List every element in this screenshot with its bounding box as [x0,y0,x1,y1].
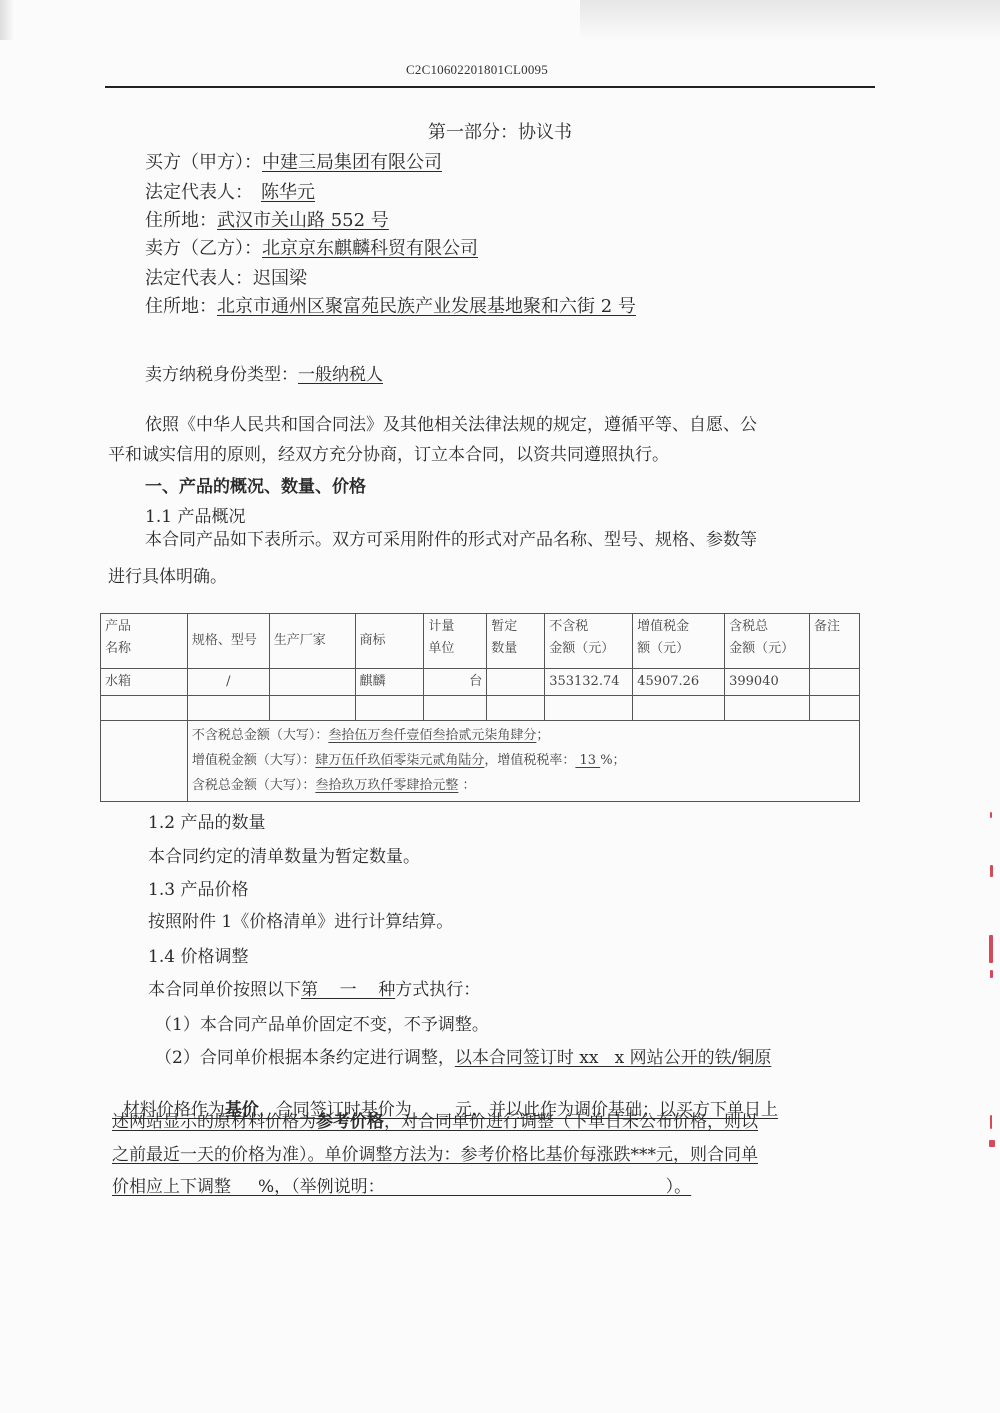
table-row: 水箱 / 麒麟 台 353132.74 45907.26 399040 [101,669,860,696]
option-2-line-1: （2）合同单价根据本条约定进行调整，以本合同签订时 xx x 网站公开的铁/铜原 [155,1043,771,1068]
buyer-label: 买方（甲方）： [145,152,262,173]
cell-empty [424,696,487,721]
stamp-edge-mark [990,812,992,818]
table-header-row: 产品名称 规格、型号 生产厂家 商标 计量单位 暂定数量 不含税金额（元） 增值… [101,614,860,669]
scan-shadow-left [0,0,14,40]
option-2-line-5: 价相应上下调整 %，（举例说明： ）。 [112,1172,691,1197]
header-manufacturer: 生产厂家 [269,614,355,669]
buyer-address: 武汉市关山路 552 号 [217,210,389,231]
header-unit: 计量单位 [424,614,487,669]
cell-manufacturer [269,669,355,696]
seller-rep: 迟国梁 [253,268,307,289]
cell-pretax-amount: 353132.74 [545,669,633,696]
section-1-1-heading: 1.1 产品概况 [145,502,245,527]
cell-spec-model: / [187,669,269,696]
summary-cell: 不含税总金额（大写）：叁拾伍万叁仟壹佰叁拾贰元柒角肆分； 增值税金额（大写）：肆… [187,721,859,802]
buyer-rep: 陈华元 [253,182,315,203]
cell-empty [269,696,355,721]
cell-empty [810,696,860,721]
document-code: C2C10602201801CL0095 [406,62,548,78]
part-title: 第一部分：协议书 [428,118,572,144]
header-tentative-qty: 暂定数量 [487,614,545,669]
cell-vat-amount: 45907.26 [633,669,725,696]
stamp-edge-mark [990,970,993,978]
header-spec-model: 规格、型号 [187,614,269,669]
vat-total-words: 增值税金额（大写）：肆万伍仟玖佰零柒元贰角陆分，增值税税率： 13 %； [192,748,855,773]
section-1-3-heading: 1.3 产品价格 [148,875,248,900]
cell-empty [187,696,269,721]
header-trademark: 商标 [355,614,424,669]
seller-rep-line: 法定代表人：迟国梁 [145,264,307,290]
cell-tentative-qty [487,669,545,696]
table-summary-row: 不含税总金额（大写）：叁拾伍万叁仟壹佰叁拾贰元柒角肆分； 增值税金额（大写）：肆… [101,721,860,802]
header-pretax-amount: 不含税金额（元） [545,614,633,669]
vat-rate: 13 [575,753,600,768]
buyer-address-label: 住所地： [145,210,217,231]
preamble-line-1: 依照《中华人民共和国合同法》及其他相关法律法规的规定，遵循平等、自愿、公 [145,410,757,435]
section-1-4-intro: 本合同单价按照以下第 一 种方式执行： [148,975,480,1000]
cell-empty [725,696,810,721]
seller-address: 北京市通州区聚富苑民族产业发展基地聚和六街 2 号 [217,296,636,317]
header-divider [105,86,875,88]
option-1: （1）本合同产品单价固定不变，不予调整。 [155,1010,489,1035]
stamp-edge-mark [989,935,993,963]
tax-type-line: 卖方纳税身份类型：一般纳税人 [145,360,383,385]
header-remarks: 备注 [810,614,860,669]
buyer-address-line: 住所地：武汉市关山路 552 号 [145,206,389,232]
seller-rep-label: 法定代表人： [145,268,253,289]
preamble-line-2: 平和诚实信用的原则，经双方充分协商，订立本合同，以资共同遵照执行。 [108,440,669,465]
header-total-amount: 含税总 金额（元） [725,614,810,669]
cell-empty [487,696,545,721]
grand-total-words: 含税总金额（大写）：叁拾玖万玖仟零肆拾元整 ： [192,773,855,798]
section-1-2-heading: 1.2 产品的数量 [148,808,265,833]
seller-line: 卖方（乙方）：北京京东麒麟科贸有限公司 [145,234,478,260]
stamp-edge-mark [990,865,993,877]
seller-name: 北京京东麒麟科贸有限公司 [262,238,478,259]
seller-label: 卖方（乙方）： [145,238,262,259]
summary-blank-cell [101,721,188,802]
header-vat-amount: 增值税金额（元） [633,614,725,669]
adjustment-method-choice: 第 一 种 [301,980,395,1000]
section-1-1-line-1: 本合同产品如下表所示。双方可采用附件的形式对产品名称、型号、规格、参数等 [145,525,757,550]
tax-type-label: 卖方纳税身份类型： [145,365,298,385]
product-table: 产品名称 规格、型号 生产厂家 商标 计量单位 暂定数量 不含税金额（元） 增值… [100,613,860,802]
cell-empty [355,696,424,721]
cell-remarks [810,669,860,696]
section-1-4-heading: 1.4 价格调整 [148,942,248,967]
cell-total-amount: 399040 [725,669,810,696]
buyer-name: 中建三局集团有限公司 [262,152,442,173]
pretax-total-words: 不含税总金额（大写）：叁拾伍万叁仟壹佰叁拾贰元柒角肆分； [192,723,855,748]
section-1-3-text: 按照附件 1《价格清单》进行计算结算。 [148,907,453,932]
buyer-rep-line: 法定代表人：陈华元 [145,178,315,204]
option-2-line-3: 述网站显示的原材料价格为参考价格，对合同单价进行调整（下单日未公布价格，则以 [112,1107,758,1132]
cell-unit: 台 [424,669,487,696]
table-row [101,696,860,721]
seller-address-label: 住所地： [145,296,217,317]
stamp-edge-mark [990,1115,992,1129]
option-2-line-4: 之前最近一天的价格为准）。单价调整方法为：参考价格比基价每涨跌***元，则合同单 [112,1140,758,1165]
cell-empty [633,696,725,721]
stamp-edge-mark [989,1140,995,1147]
cell-empty [101,696,188,721]
scan-shadow [580,0,1000,40]
tax-type: 一般纳税人 [298,365,383,385]
buyer-line: 买方（甲方）：中建三局集团有限公司 [145,148,442,174]
cell-empty [545,696,633,721]
cell-product-name: 水箱 [101,669,188,696]
seller-address-line: 住所地：北京市通州区聚富苑民族产业发展基地聚和六街 2 号 [145,292,636,318]
section-1-heading: 一、产品的概况、数量、价格 [145,472,366,497]
buyer-rep-label: 法定代表人： [145,182,253,203]
section-1-1-line-2: 进行具体明确。 [108,562,227,587]
header-product-name: 产品名称 [101,614,188,669]
section-1-2-text: 本合同约定的清单数量为暂定数量。 [148,842,420,867]
cell-trademark: 麒麟 [355,669,424,696]
